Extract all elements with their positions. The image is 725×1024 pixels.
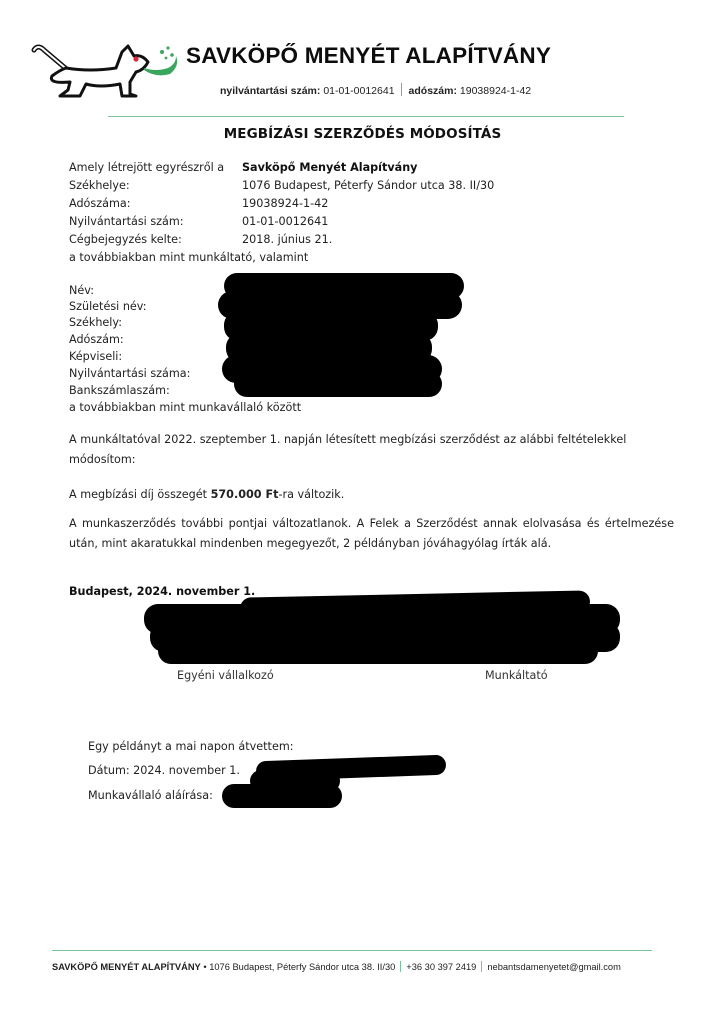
employer-tax-value: 19038924-1-42	[242, 195, 328, 213]
fee-paragraph: A megbízási díj összegét 570.000 Ft-ra v…	[69, 485, 674, 505]
fee-amount: 570.000 Ft	[211, 488, 279, 501]
divider	[481, 961, 482, 972]
divider	[400, 961, 401, 972]
registration-label: nyilvántartási szám:	[220, 85, 320, 97]
modification-paragraph: A munkáltatóval 2022. szeptember 1. napj…	[69, 430, 674, 470]
receipt-redaction	[220, 756, 450, 812]
footer-email[interactable]: nebantsdamenyetet@gmail.com	[487, 962, 620, 972]
employer-seat-value: 1076 Budapest, Péterfy Sándor utca 38. I…	[242, 177, 494, 195]
header-rule	[108, 116, 624, 117]
document-title: MEGBÍZÁSI SZERZŐDÉS MÓDOSÍTÁS	[0, 126, 725, 142]
employee-closing: a továbbiakban mint munkavállaló között	[69, 399, 301, 417]
employee-registry-label: Nyilvántartási száma:	[69, 365, 190, 383]
terms-paragraph: A munkaszerződés további pontjai változa…	[69, 514, 674, 554]
receipt-signature-label: Munkavállaló aláírása:	[88, 787, 213, 805]
employer-tax-label: Adószáma:	[69, 195, 130, 213]
employee-tax-label: Adószám:	[69, 331, 124, 349]
employee-representative-label: Képviseli:	[69, 348, 122, 366]
tax-value: 19038924-1-42	[460, 85, 531, 97]
employer-incorporation-value: 2018. június 21.	[242, 231, 332, 249]
employer-seat-label: Székhelye:	[69, 177, 130, 195]
receipt-statement: Egy példányt a mai napon átvettem:	[88, 738, 294, 756]
brand-name: SAVKÖPŐ MENYÉT ALAPÍTVÁNY	[186, 43, 551, 69]
employee-details-redaction	[218, 273, 468, 399]
contractor-signature-label: Egyéni vállalkozó	[177, 669, 274, 682]
employer-registry-value: 01-01-0012641	[242, 213, 328, 231]
footer: SAVKÖPŐ MENYÉT ALAPÍTVÁNY • 1076 Budapes…	[52, 961, 621, 972]
employer-signature-label: Munkáltató	[485, 669, 548, 682]
footer-org-name: SAVKÖPŐ MENYÉT ALAPÍTVÁNY	[52, 962, 201, 972]
employer-intro-label: Amely létrejött egyrészről a	[69, 159, 224, 177]
employee-bank-label: Bankszámlaszám:	[69, 382, 170, 400]
employer-incorporation-label: Cégbejegyzés kelte:	[69, 231, 182, 249]
divider	[401, 83, 402, 96]
footer-rule	[52, 950, 652, 951]
tax-label: adószám:	[409, 85, 457, 97]
employer-name: Savköpő Menyét Alapítvány	[242, 159, 417, 177]
signatures-redaction	[140, 588, 630, 666]
footer-address: 1076 Budapest, Péterfy Sándor utca 38. I…	[209, 962, 395, 972]
employee-seat-label: Székhely:	[69, 314, 122, 332]
registration-line: nyilvántartási szám: 01-01-0012641adószá…	[220, 83, 531, 97]
foundation-logo	[30, 38, 190, 102]
employer-closing: a továbbiakban mint munkáltató, valamint	[69, 249, 308, 267]
receipt-date: Dátum: 2024. november 1.	[88, 762, 240, 780]
employer-registry-label: Nyilvántartási szám:	[69, 213, 184, 231]
footer-bullet: •	[203, 962, 206, 972]
footer-phone: +36 30 397 2419	[406, 962, 476, 972]
weasel-spitting-logo-icon	[30, 38, 190, 102]
fee-prefix: A megbízási díj összegét	[69, 488, 211, 501]
registration-value: 01-01-0012641	[323, 85, 394, 97]
fee-suffix: -ra változik.	[278, 488, 344, 501]
